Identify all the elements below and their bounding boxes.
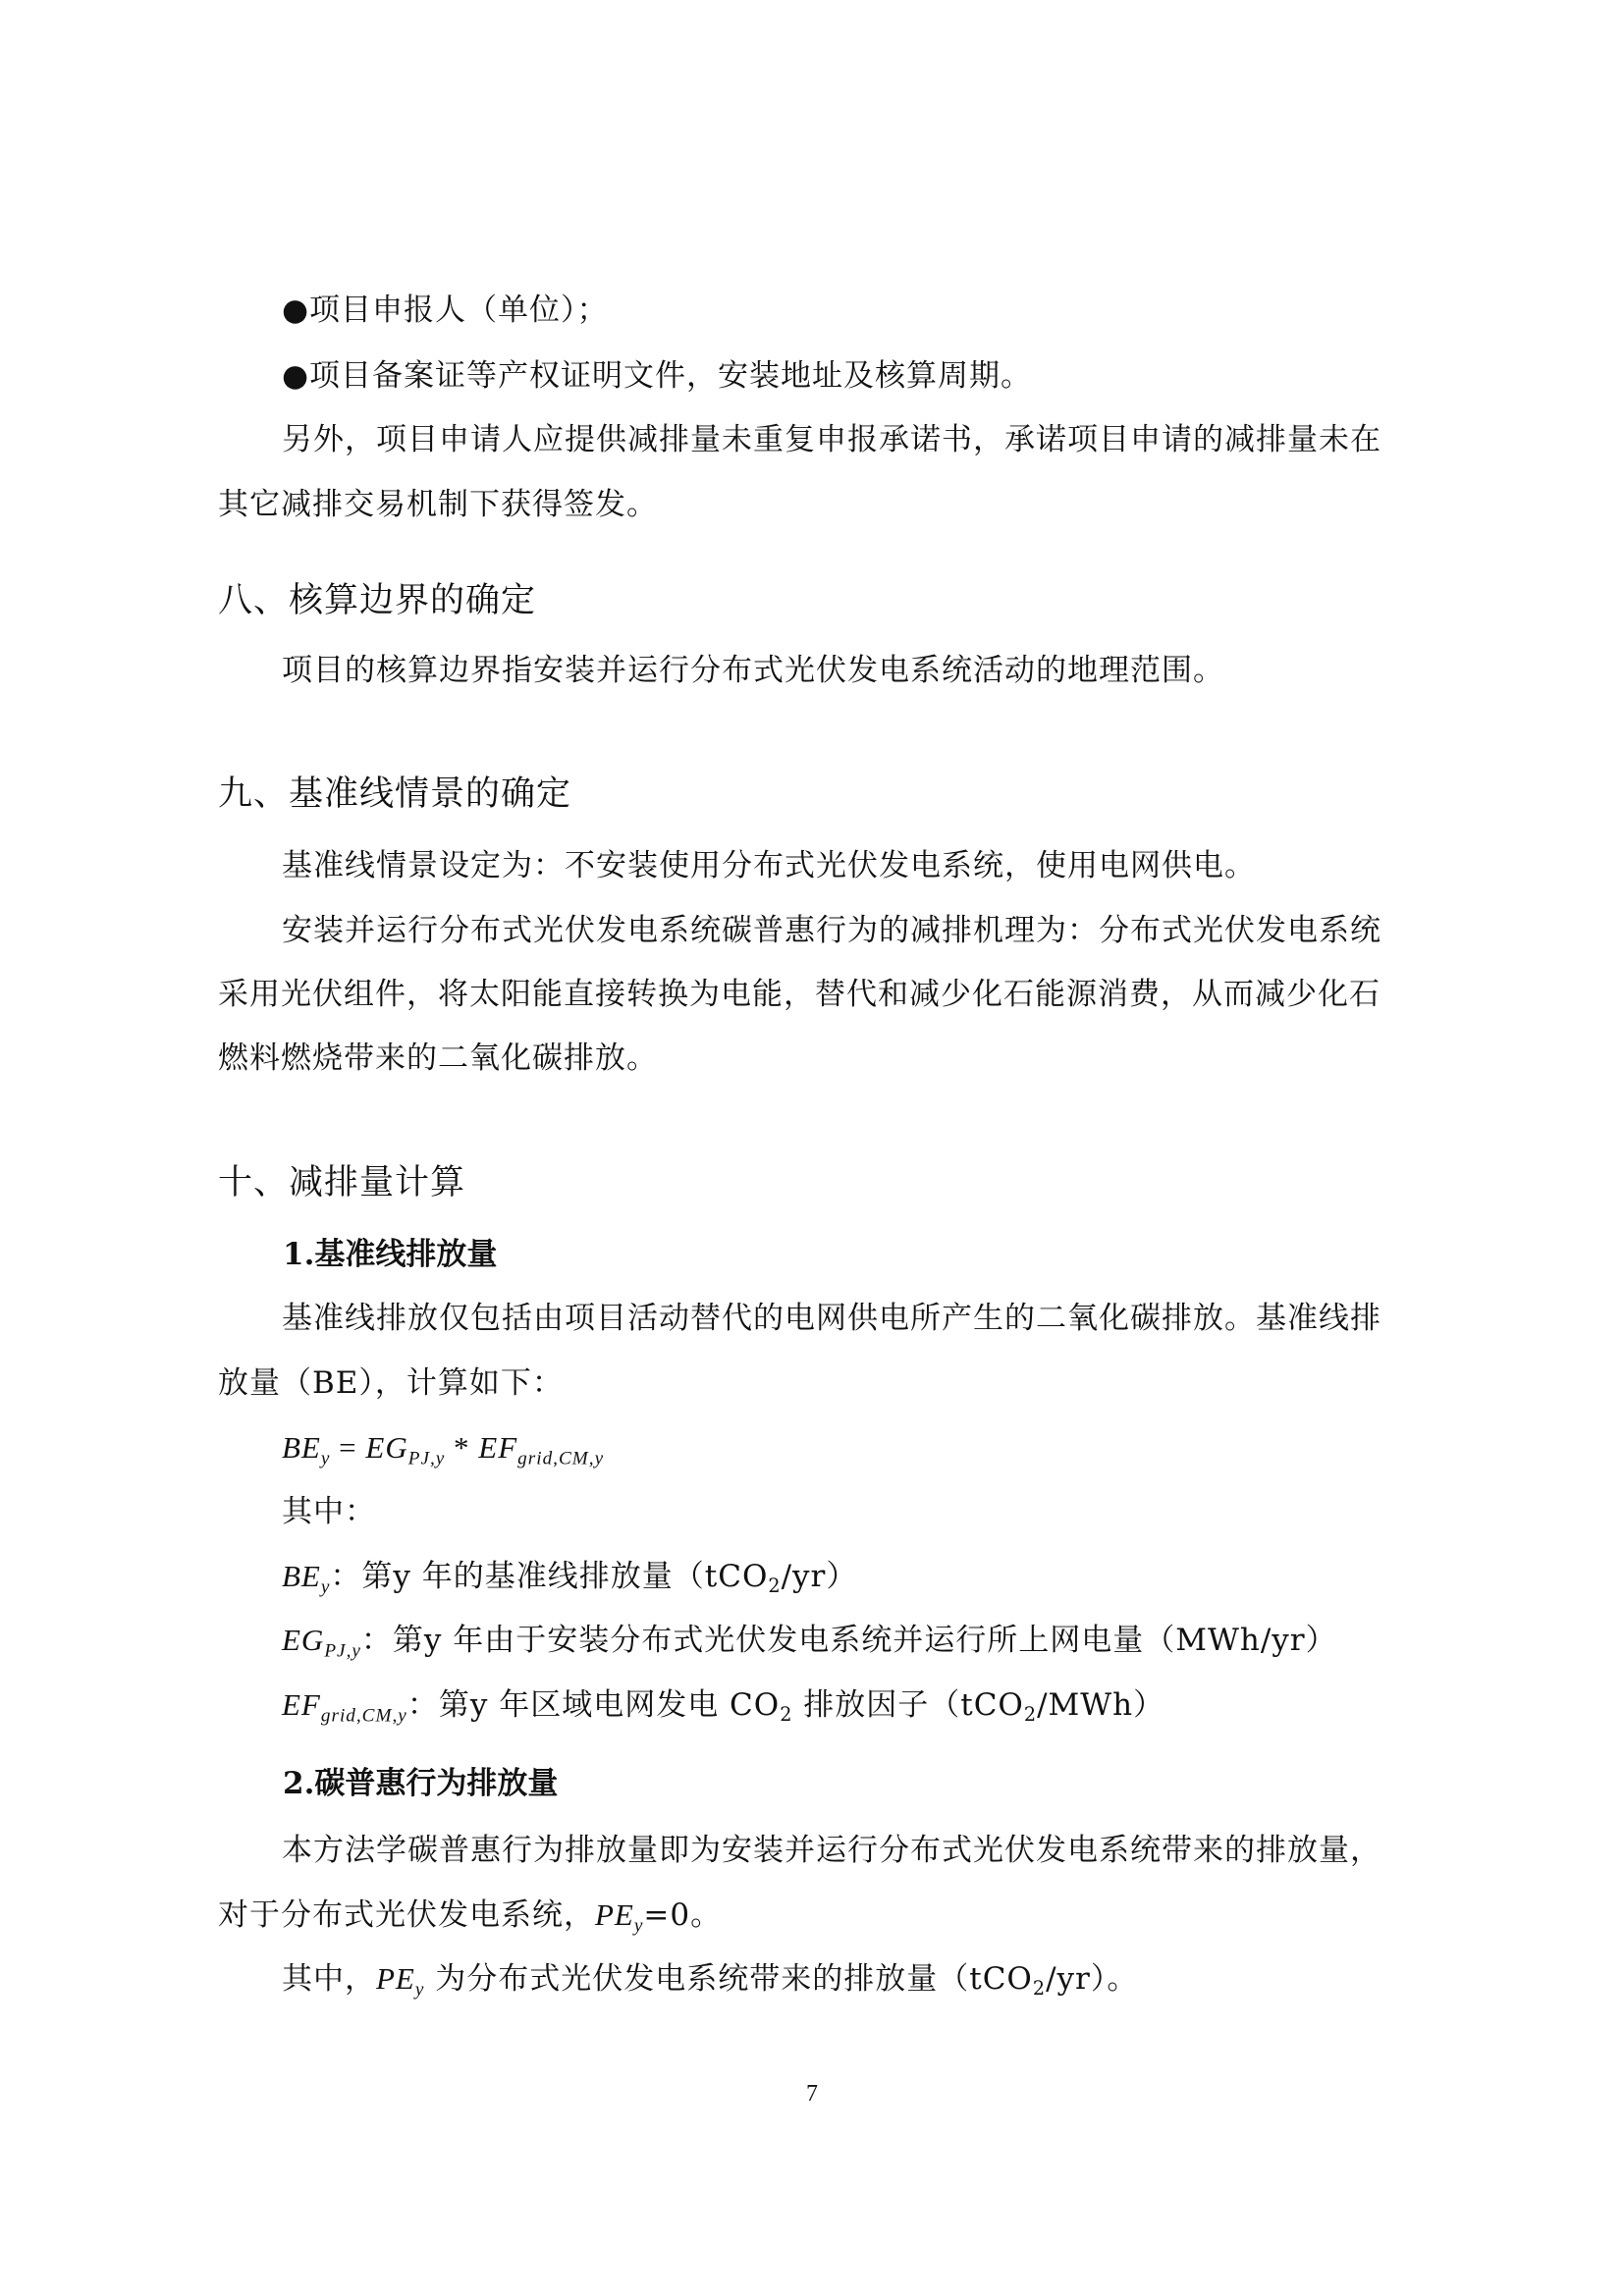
page-number: 7 — [0, 2081, 1624, 2108]
document-page: ●项目申报人（单位）； ●项目备案证等产权证明文件，安装地址及核算周期。 另外，… — [0, 0, 1624, 2296]
project-emission-line3: 其中，PEy 为分布式光伏发电系统带来的排放量（tCO2/yr）。 — [282, 1959, 1138, 1999]
definition-eg: EGPJ,y：第y 年由于安装分布式光伏发电系统并运行所上网电量（MWh/yr） — [282, 1621, 1337, 1660]
bullet-certificate: ●项目备案证等产权证明文件，安装地址及核算周期。 — [282, 356, 1032, 396]
project-emission-line2: 对于分布式光伏发电系统，PEy=0。 — [218, 1896, 722, 1935]
where-label: 其中： — [282, 1492, 376, 1531]
baseline-desc-line2: 放量（BE），计算如下： — [218, 1363, 564, 1403]
section-heading-8: 八、核算边界的确定 — [218, 579, 536, 622]
subsection-heading-baseline: 1.基准线排放量 — [283, 1235, 497, 1274]
project-emission-line1: 本方法学碳普惠行为排放量即为安装并运行分布式光伏发电系统带来的排放量， — [282, 1831, 1381, 1870]
section9-para2-line2: 采用光伏组件，将太阳能直接转换为电能，替代和减少化石能源消费，从而减少化石 — [218, 975, 1380, 1014]
subsection-heading-project-emission: 2.碳普惠行为排放量 — [283, 1764, 558, 1803]
section9-para1: 基准线情景设定为：不安装使用分布式光伏发电系统，使用电网供电。 — [282, 846, 1256, 885]
section9-para2-line1: 安装并运行分布式光伏发电系统碳普惠行为的减排机理为：分布式光伏发电系统 — [282, 911, 1381, 950]
definition-be: BEy：第y 年的基准线排放量（tCO2/yr） — [282, 1557, 857, 1596]
definition-ef: EFgrid,CM,y：第y 年区域电网发电 CO2 排放因子（tCO2/MWh… — [282, 1685, 1164, 1725]
paragraph-commitment-line1: 另外，项目申请人应提供减排量未重复申报承诺书，承诺项目申请的减排量未在 — [282, 420, 1381, 459]
section-heading-10: 十、减排量计算 — [218, 1161, 465, 1204]
section9-para2-line3: 燃料燃烧带来的二氧化碳排放。 — [218, 1039, 658, 1078]
paragraph-commitment-line2: 其它减排交易机制下获得签发。 — [218, 485, 658, 524]
baseline-formula: BEy = EGPJ,y * EFgrid,CM,y — [282, 1428, 604, 1468]
section8-body: 项目的核算边界指安装并运行分布式光伏发电系统活动的地理范围。 — [282, 651, 1224, 690]
section-heading-9: 九、基准线情景的确定 — [218, 773, 571, 816]
bullet-applicant: ●项目申报人（单位）； — [282, 291, 609, 330]
baseline-desc-line1: 基准线排放仅包括由项目活动替代的电网供电所产生的二氧化碳排放。基准线排 — [282, 1299, 1381, 1338]
